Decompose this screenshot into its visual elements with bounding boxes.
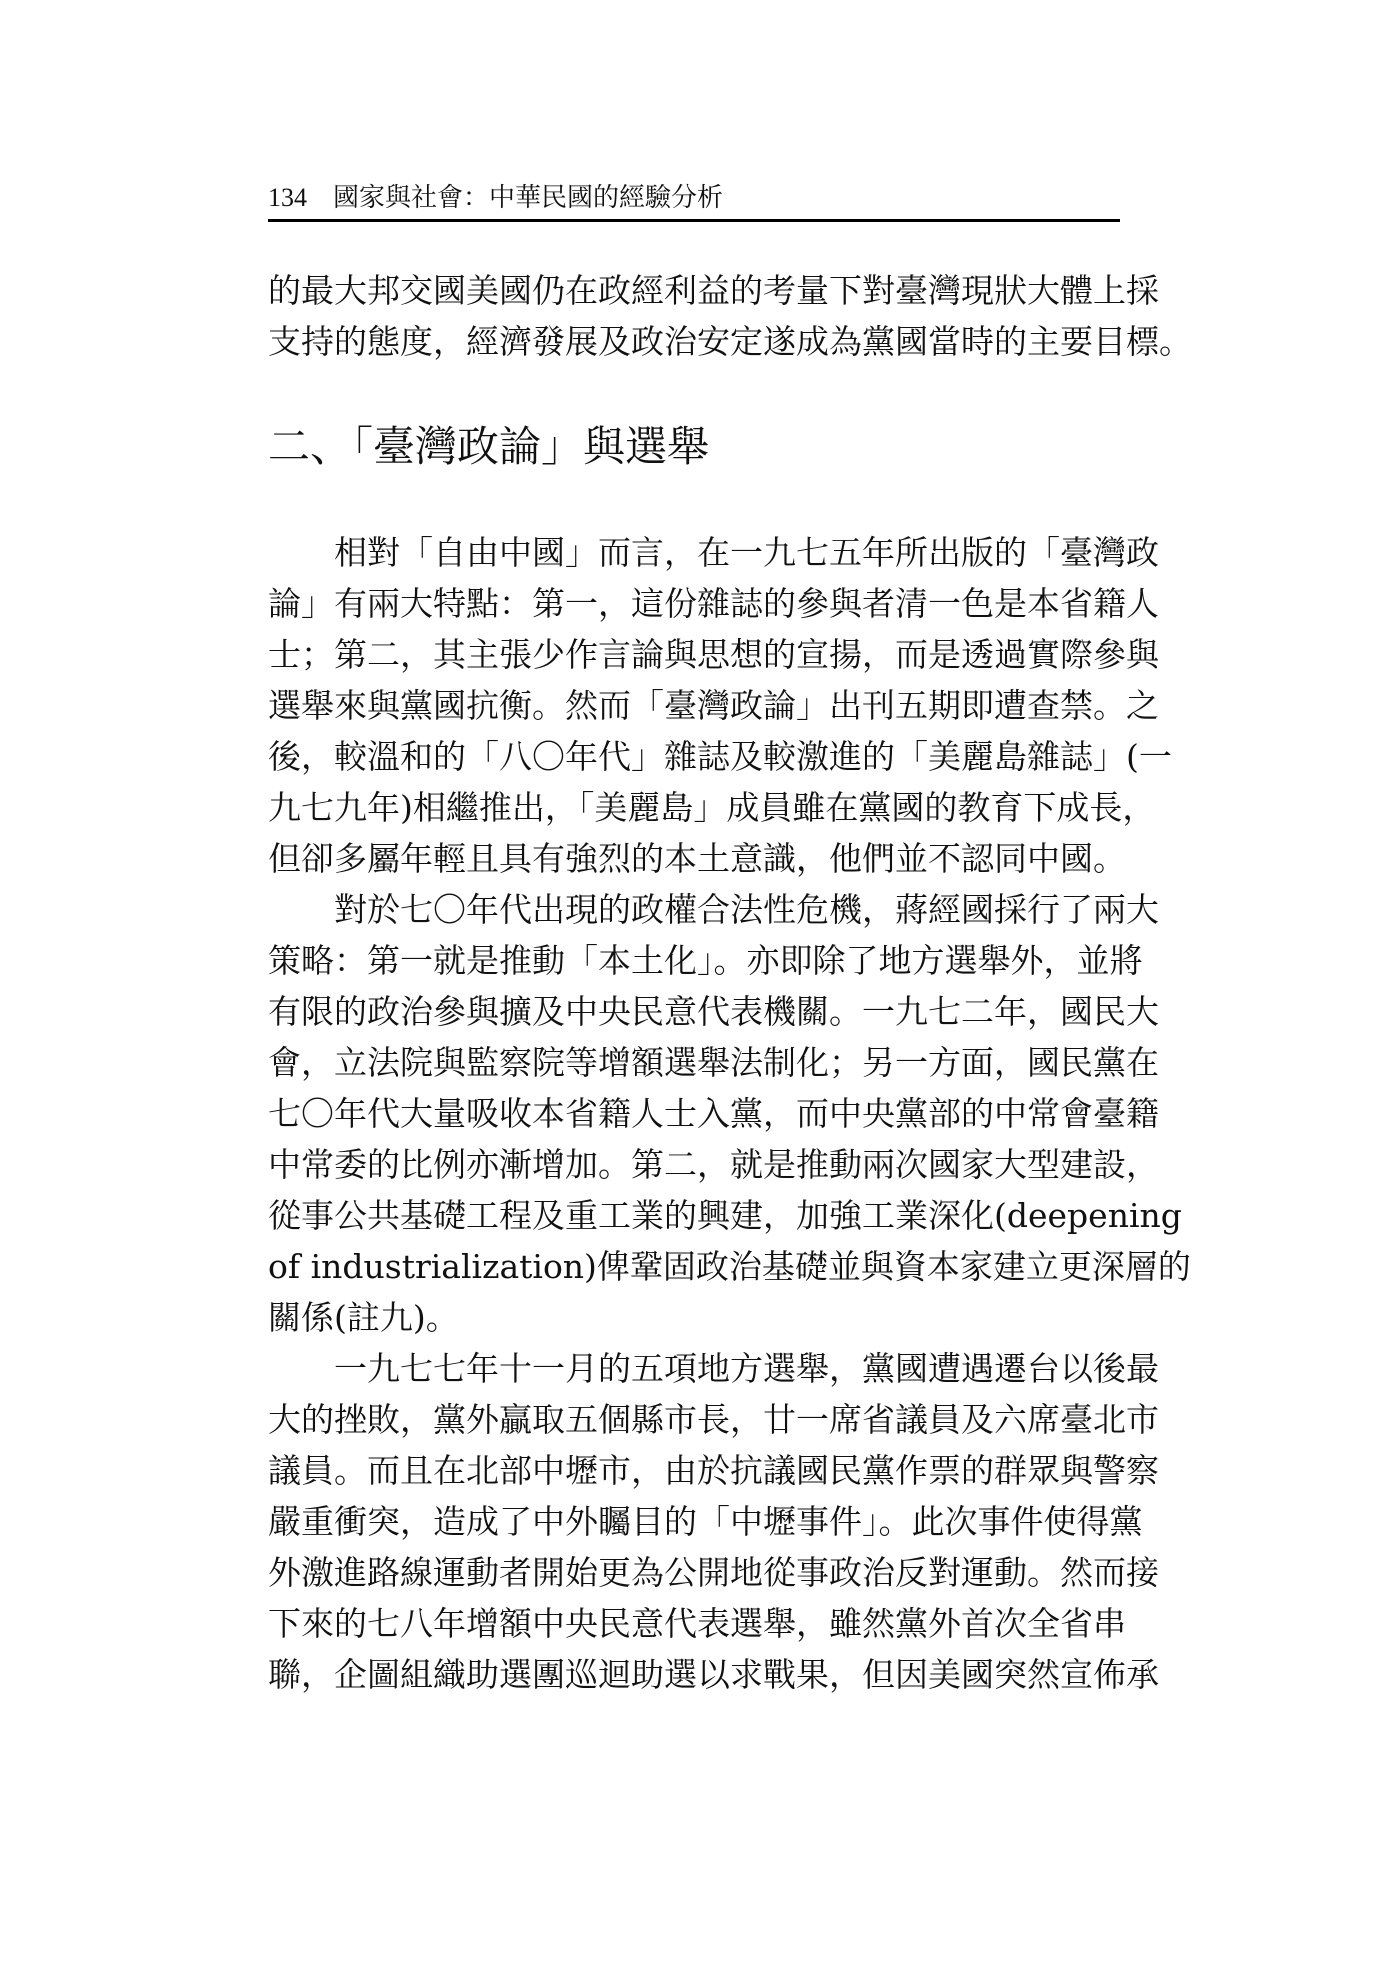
body-line: 一九七七年十一月的五項地方選舉，黨國遭遇遷台以後最 [334, 1349, 1120, 1389]
body-line: 下來的七八年增額中央民意代表選舉，雖然黨外首次全省串 [268, 1604, 1120, 1644]
body-line: 後，較溫和的「八〇年代」雜誌及較激進的「美麗島雜誌」(一 [268, 737, 1120, 777]
header-rule [268, 219, 1120, 222]
body-line: 支持的態度，經濟發展及政治安定遂成為黨國當時的主要目標。 [268, 322, 1120, 362]
book-title: 國家與社會：中華民國的經驗分析 [333, 183, 723, 213]
body-line: of industrialization)俾鞏固政治基礎並與資本家建立更深層的 [268, 1247, 1120, 1287]
body-line: 嚴重衝突，造成了中外矚目的「中壢事件」。此次事件使得黨 [268, 1502, 1120, 1542]
body-line: 外激進路線運動者開始更為公開地從事政治反對運動。然而接 [268, 1553, 1120, 1593]
body-line: 對於七〇年代出現的政權合法性危機，蔣經國採行了兩大 [334, 890, 1120, 930]
body-line: 論」有兩大特點：第一，這份雜誌的參與者清一色是本省籍人 [268, 584, 1120, 624]
body-line: 選舉來與黨國抗衡。然而「臺灣政論」出刊五期即遭查禁。之 [268, 686, 1120, 726]
body-line: 關係(註九)。 [268, 1298, 1120, 1338]
body-line: 士；第二，其主張少作言論與思想的宣揚，而是透過實際參與 [268, 635, 1120, 675]
body-line: 有限的政治參與擴及中央民意代表機關。一九七二年，國民大 [268, 992, 1120, 1032]
body-line: 相對「自由中國」而言，在一九七五年所出版的「臺灣政 [334, 533, 1120, 573]
body-line: 九七九年)相繼推出，「美麗島」成員雖在黨國的教育下成長， [268, 788, 1120, 828]
body-line: 大的挫敗，黨外贏取五個縣市長，廿一席省議員及六席臺北市 [268, 1400, 1120, 1440]
body-line: 中常委的比例亦漸增加。第二，就是推動兩次國家大型建設， [268, 1145, 1120, 1185]
page-number: 134 [268, 183, 307, 212]
body-line: 但卻多屬年輕且具有強烈的本土意識，他們並不認同中國。 [268, 839, 1120, 879]
body-line: 從事公共基礎工程及重工業的興建，加強工業深化(deepening [268, 1196, 1120, 1236]
body-line: 聯，企圖組織助選團巡迴助選以求戰果，但因美國突然宣佈承 [268, 1655, 1120, 1695]
body-line: 議員。而且在北部中壢市，由於抗議國民黨作票的群眾與警察 [268, 1451, 1120, 1491]
body-line: 會，立法院與監察院等增額選舉法制化；另一方面，國民黨在 [268, 1043, 1120, 1083]
body-line: 七〇年代大量吸收本省籍人士入黨，而中央黨部的中常會臺籍 [268, 1094, 1120, 1134]
body-line: 策略：第一就是推動「本土化」。亦即除了地方選舉外，並將 [268, 941, 1120, 981]
section-heading: 二、「臺灣政論」與選舉 [268, 422, 709, 472]
body-line: 的最大邦交國美國仍在政經利益的考量下對臺灣現狀大體上採 [268, 271, 1120, 311]
running-head: 134國家與社會：中華民國的經驗分析 [268, 183, 1120, 213]
